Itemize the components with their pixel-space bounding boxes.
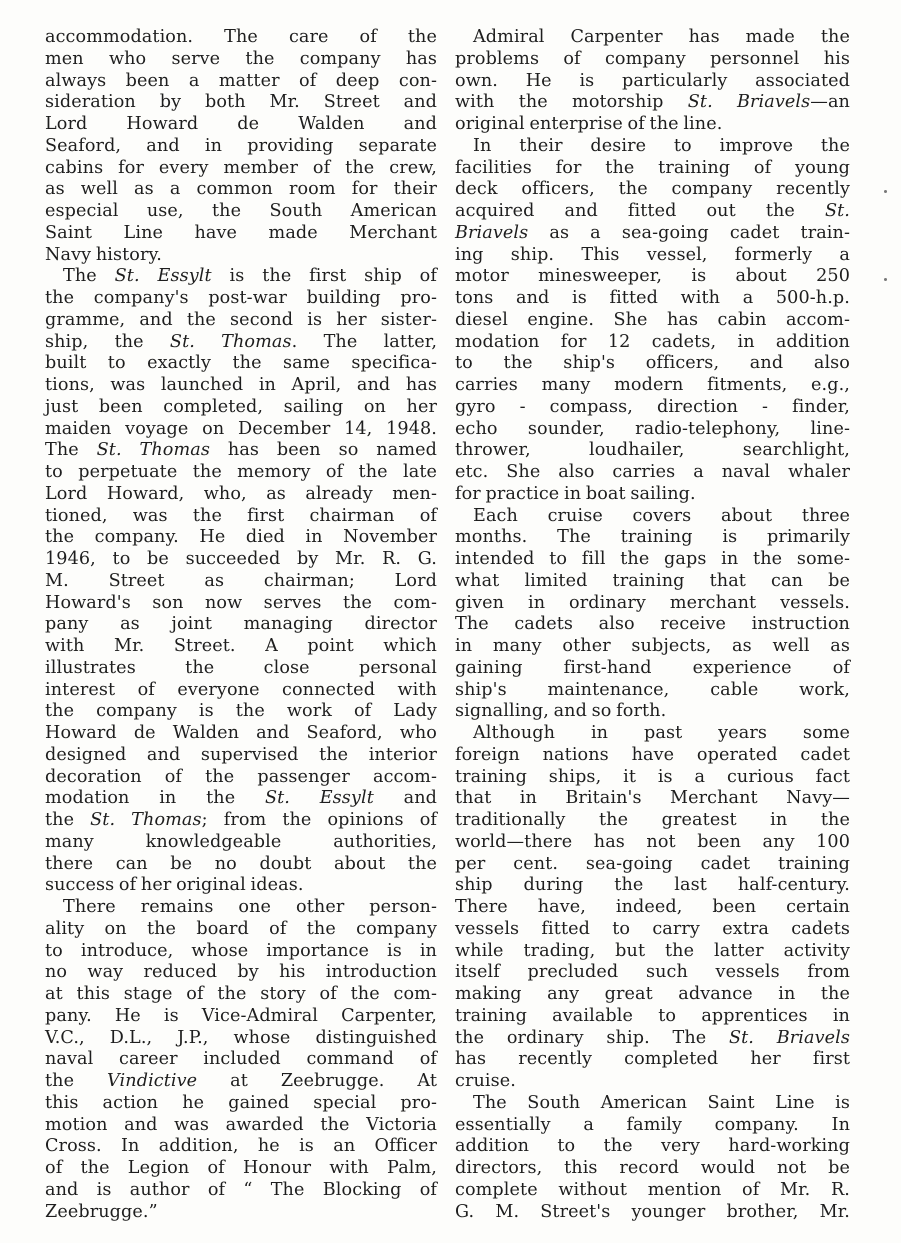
text-line: Cross. In addition, he is an Officer bbox=[45, 1136, 437, 1158]
text-line: at this stage of the story of the com- bbox=[45, 984, 437, 1006]
text-line: Howard de Walden and Seaford, who bbox=[45, 723, 437, 745]
text-line: Zeebrugge.” bbox=[45, 1202, 437, 1224]
text-line: Lord Howard, who, as already men- bbox=[45, 484, 437, 506]
ship-name: St. Thomas bbox=[97, 440, 210, 460]
scan-speck bbox=[884, 278, 887, 281]
text-line: gyro - compass, direction - finder, bbox=[455, 397, 850, 419]
text-line: the Vindictive at Zeebrugge. At bbox=[45, 1071, 437, 1093]
text-line: Briavels as a sea-going cadet train- bbox=[455, 223, 850, 245]
text-line: ship during the last half-century. bbox=[455, 875, 850, 897]
text-line: Although in past years some bbox=[455, 723, 850, 745]
text-line: motor minesweeper, is about 250 bbox=[455, 266, 850, 288]
text-line: Howard's son now serves the com- bbox=[45, 593, 437, 615]
text-line: world—there has not been any 100 bbox=[455, 832, 850, 854]
text-line: ship, the St. Thomas. The latter, bbox=[45, 332, 437, 354]
text-line: carries many modern fitments, e.g., bbox=[455, 375, 850, 397]
text-line: In their desire to improve the bbox=[455, 136, 850, 158]
text-line: the company is the work of Lady bbox=[45, 701, 437, 723]
text-line: Saint Line have made Merchant bbox=[45, 223, 437, 245]
text-line: sideration by both Mr. Street and bbox=[45, 92, 437, 114]
text-line: The St. Thomas has been so named bbox=[45, 440, 437, 462]
text-column-left: accommodation. The care of themen who se… bbox=[45, 27, 437, 1223]
text-line: Lord Howard de Walden and bbox=[45, 114, 437, 136]
text-line: of the Legion of Honour with Palm, bbox=[45, 1158, 437, 1180]
text-line: There remains one other person- bbox=[45, 897, 437, 919]
text-line: itself precluded such vessels from bbox=[455, 962, 850, 984]
text-line: for practice in boat sailing. bbox=[455, 484, 850, 506]
text-line: the St. Thomas; from the opinions of bbox=[45, 810, 437, 832]
text-line: V.C., D.L., J.P., whose distinguished bbox=[45, 1028, 437, 1050]
ship-name: St. Essylt bbox=[265, 788, 374, 808]
text-line: M. Street as chairman; Lord bbox=[45, 571, 437, 593]
text-line: the company's post-war building pro- bbox=[45, 288, 437, 310]
text-line: etc. She also carries a naval whaler bbox=[455, 462, 850, 484]
ship-name: St. Briavels bbox=[729, 1028, 850, 1048]
text-line: the company. He died in November bbox=[45, 527, 437, 549]
text-line: what limited training that can be bbox=[455, 571, 850, 593]
ship-name: St. Essylt bbox=[115, 266, 212, 286]
text-line: as well as a common room for their bbox=[45, 179, 437, 201]
text-line: to the ship's officers, and also bbox=[455, 353, 850, 375]
text-line: has recently completed her first bbox=[455, 1049, 850, 1071]
text-line: the ordinary ship. The St. Briavels bbox=[455, 1028, 850, 1050]
text-line: ality on the board of the company bbox=[45, 919, 437, 941]
text-line: There have, indeed, been certain bbox=[455, 897, 850, 919]
text-line: signalling, and so forth. bbox=[455, 701, 850, 723]
text-line: training ships, it is a curious fact bbox=[455, 767, 850, 789]
text-line: per cent. sea-going cadet training bbox=[455, 854, 850, 876]
text-line: making any great advance in the bbox=[455, 984, 850, 1006]
ship-name: Vindictive bbox=[107, 1071, 197, 1091]
ship-name: St. Thomas bbox=[90, 810, 202, 830]
text-line: maiden voyage on December 14, 1948. bbox=[45, 419, 437, 441]
text-line: thrower, loudhailer, searchlight, bbox=[455, 440, 850, 462]
text-line: Each cruise covers about three bbox=[455, 506, 850, 528]
text-line: original enterprise of the line. bbox=[455, 114, 850, 136]
text-line: in many other subjects, as well as bbox=[455, 636, 850, 658]
text-line: intended to fill the gaps in the some- bbox=[455, 549, 850, 571]
text-line: this action he gained special pro- bbox=[45, 1093, 437, 1115]
text-line: pany. He is Vice-Admiral Carpenter, bbox=[45, 1006, 437, 1028]
text-line: success of her original ideas. bbox=[45, 875, 437, 897]
text-line: diesel engine. She has cabin accom- bbox=[455, 310, 850, 332]
ship-name: St. Briavels bbox=[688, 92, 811, 112]
text-line: traditionally the greatest in the bbox=[455, 810, 850, 832]
text-line: especial use, the South American bbox=[45, 201, 437, 223]
text-line: The South American Saint Line is bbox=[455, 1093, 850, 1115]
text-line: naval career included command of bbox=[45, 1049, 437, 1071]
text-line: 1946, to be succeeded by Mr. R. G. bbox=[45, 549, 437, 571]
text-line: essentially a family company. In bbox=[455, 1115, 850, 1137]
text-column-right: Admiral Carpenter has made theproblems o… bbox=[455, 27, 850, 1223]
text-line: while trading, but the latter activity bbox=[455, 941, 850, 963]
text-line: own. He is particularly associated bbox=[455, 71, 850, 93]
text-line: months. The training is primarily bbox=[455, 527, 850, 549]
text-line: vessels fitted to carry extra cadets bbox=[455, 919, 850, 941]
text-line: directors, this record would not be bbox=[455, 1158, 850, 1180]
text-line: to perpetuate the memory of the late bbox=[45, 462, 437, 484]
text-line: Seaford, and in providing separate bbox=[45, 136, 437, 158]
text-line: motion and was awarded the Victoria bbox=[45, 1115, 437, 1137]
text-line: many knowledgeable authorities, bbox=[45, 832, 437, 854]
text-line: addition to the very hard-working bbox=[455, 1136, 850, 1158]
text-line: facilities for the training of young bbox=[455, 158, 850, 180]
ship-name: St. Thomas bbox=[170, 332, 292, 352]
text-line: G. M. Street's younger brother, Mr. bbox=[455, 1202, 850, 1224]
text-line: cabins for every member of the crew, bbox=[45, 158, 437, 180]
text-line: given in ordinary merchant vessels. bbox=[455, 593, 850, 615]
text-line: gaining first-hand experience of bbox=[455, 658, 850, 680]
text-line: modation in the St. Essylt and bbox=[45, 788, 437, 810]
text-line: interest of everyone connected with bbox=[45, 680, 437, 702]
text-line: tions, was launched in April, and has bbox=[45, 375, 437, 397]
text-line: Admiral Carpenter has made the bbox=[455, 27, 850, 49]
text-line: tons and is fitted with a 500-h.p. bbox=[455, 288, 850, 310]
text-line: and is author of “ The Blocking of bbox=[45, 1180, 437, 1202]
text-line: acquired and fitted out the St. bbox=[455, 201, 850, 223]
ship-name: St. bbox=[825, 201, 850, 221]
text-line: no way reduced by his introduction bbox=[45, 962, 437, 984]
text-line: training available to apprentices in bbox=[455, 1006, 850, 1028]
text-line: illustrates the close personal bbox=[45, 658, 437, 680]
text-line: Navy history. bbox=[45, 245, 437, 267]
text-line: foreign nations have operated cadet bbox=[455, 745, 850, 767]
text-line: modation for 12 cadets, in addition bbox=[455, 332, 850, 354]
text-line: The St. Essylt is the first ship of bbox=[45, 266, 437, 288]
text-line: with Mr. Street. A point which bbox=[45, 636, 437, 658]
text-line: pany as joint managing director bbox=[45, 614, 437, 636]
text-line: echo sounder, radio-telephony, line- bbox=[455, 419, 850, 441]
text-line: always been a matter of deep con- bbox=[45, 71, 437, 93]
text-line: The cadets also receive instruction bbox=[455, 614, 850, 636]
text-line: deck officers, the company recently bbox=[455, 179, 850, 201]
text-line: just been completed, sailing on her bbox=[45, 397, 437, 419]
text-line: there can be no doubt about the bbox=[45, 854, 437, 876]
text-line: complete without mention of Mr. R. bbox=[455, 1180, 850, 1202]
ship-name: Briavels bbox=[455, 223, 528, 243]
text-line: cruise. bbox=[455, 1071, 850, 1093]
text-line: accommodation. The care of the bbox=[45, 27, 437, 49]
text-line: problems of company personnel his bbox=[455, 49, 850, 71]
text-line: to introduce, whose importance is in bbox=[45, 941, 437, 963]
text-line: ship's maintenance, cable work, bbox=[455, 680, 850, 702]
text-line: decoration of the passenger accom- bbox=[45, 767, 437, 789]
scan-speck bbox=[884, 190, 887, 193]
text-line: gramme, and the second is her sister- bbox=[45, 310, 437, 332]
text-line: tioned, was the first chairman of bbox=[45, 506, 437, 528]
text-line: that in Britain's Merchant Navy— bbox=[455, 788, 850, 810]
text-line: ing ship. This vessel, formerly a bbox=[455, 245, 850, 267]
text-line: built to exactly the same specifica- bbox=[45, 353, 437, 375]
text-line: designed and supervised the interior bbox=[45, 745, 437, 767]
text-line: with the motorship St. Briavels—an bbox=[455, 92, 850, 114]
text-line: men who serve the company has bbox=[45, 49, 437, 71]
